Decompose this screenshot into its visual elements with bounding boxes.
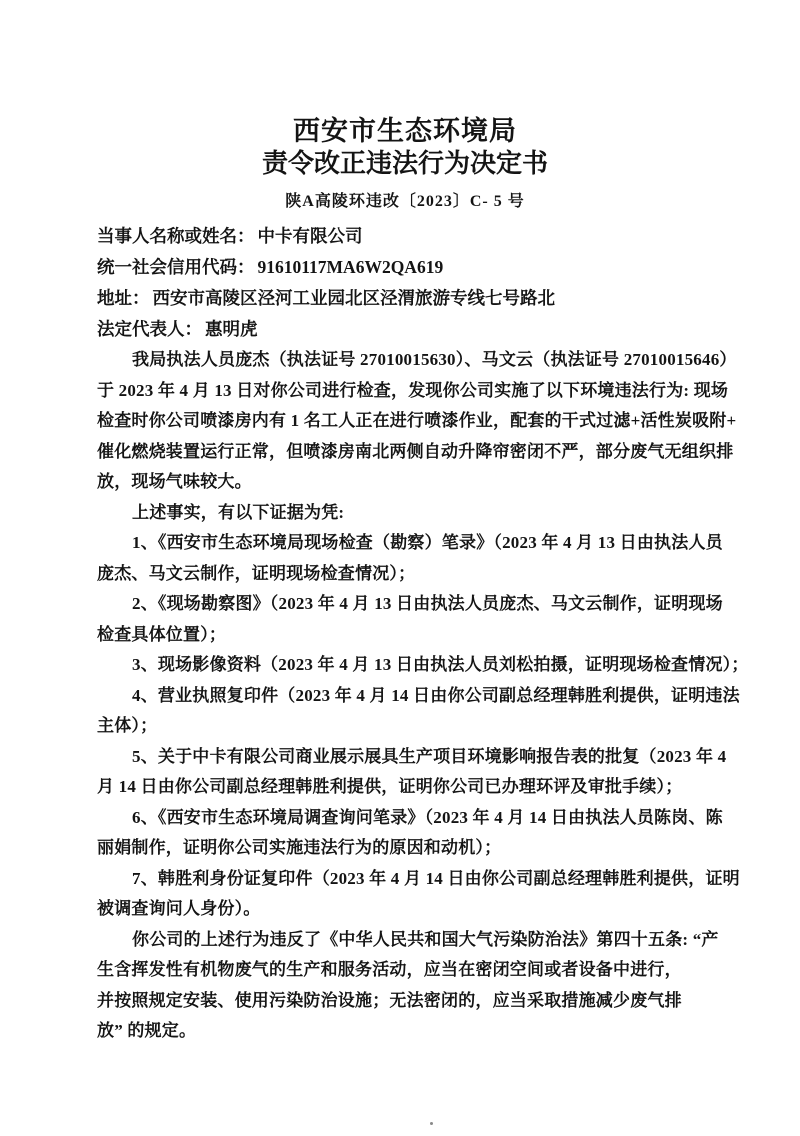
body-line: 上述事实，有以下证据为凭: [97,498,713,529]
legal-rep-value: 惠明虎 [205,319,258,339]
credit-code-row: 统一社会信用代码：91610117MA6W2QA619 [97,252,713,283]
body-line: 丽娟制作，证明你公司实施违法行为的原因和动机）； [97,833,713,864]
party-name-label: 当事人名称或姓名： [97,226,255,246]
body-line evidence-item-7: 7、韩胜利身份证复印件（2023 年 4 月 14 日由你公司副总经理韩胜利提供… [97,864,713,895]
body-line: 并按照规定安装、使用污染防治设施；无法密闭的，应当采取措施减少废气排 [97,986,713,1017]
body-line evidence-item-6: 6、《西安市生态环境局调查询问笔录》（2023 年 4 月 14 日由执法人员陈… [97,803,713,834]
document-page: 西安市生态环境局 责令改正违法行为决定书 陕A高陵环违改〔2023〕C- 5 号… [0,0,800,1136]
body-line evidence-item-5: 5、关于中卡有限公司商业展示展具生产项目环境影响报告表的批复（2023 年 4 [97,742,713,773]
body-line: 放” 的规定。 [97,1016,713,1047]
document-header: 西安市生态环境局 责令改正违法行为决定书 陕A高陵环违改〔2023〕C- 5 号 [97,115,713,215]
document-body: 我局执法人员庞杰（执法证号 27010015630）、马文云（执法证号 2701… [97,345,713,1047]
scan-speck [430,1122,433,1125]
body-line: 被调查询问人身份）。 [97,894,713,925]
agency-title: 西安市生态环境局 [97,115,713,147]
body-line: 放，现场气味较大。 [97,467,713,498]
body-line evidence-item-1: 1、《西安市生态环境局现场检查（勘察）笔录》（2023 年 4 月 13 日由执… [97,528,713,559]
body-line: 催化燃烧装置运行正常，但喷漆房南北两侧自动升降帘密闭不严，部分废气无组织排 [97,437,713,468]
address-row: 地址：西安市高陵区泾河工业园北区泾渭旅游专线七号路北 [97,283,713,314]
legal-rep-row: 法定代表人：惠明虎 [97,314,713,345]
party-name-row: 当事人名称或姓名：中卡有限公司 [97,221,713,252]
body-line: 主体）； [97,711,713,742]
legal-rep-label: 法定代表人： [97,319,202,339]
party-info-section: 当事人名称或姓名：中卡有限公司 统一社会信用代码：91610117MA6W2QA… [97,221,713,345]
document-content: 西安市生态环境局 责令改正违法行为决定书 陕A高陵环违改〔2023〕C- 5 号… [97,115,713,1047]
body-line: 检查具体位置）； [97,620,713,651]
address-label: 地址： [97,288,150,308]
body-line evidence-item-4: 4、营业执照复印件（2023 年 4 月 14 日由你公司副总经理韩胜利提供，证… [97,681,713,712]
body-line evidence-item-2: 2、《现场勘察图》（2023 年 4 月 13 日由执法人员庞杰、马文云制作，证… [97,589,713,620]
body-line: 检查时你公司喷漆房内有 1 名工人正在进行喷漆作业，配套的干式过滤+活性炭吸附+ [97,406,713,437]
body-line: 我局执法人员庞杰（执法证号 27010015630）、马文云（执法证号 2701… [97,345,713,376]
body-line: 庞杰、马文云制作，证明现场检查情况）； [97,559,713,590]
address-value: 西安市高陵区泾河工业园北区泾渭旅游专线七号路北 [153,288,556,308]
credit-code-value: 91610117MA6W2QA619 [258,257,444,277]
doc-type-title: 责令改正违法行为决定书 [97,147,713,179]
party-name-value: 中卡有限公司 [258,226,363,246]
credit-code-label: 统一社会信用代码： [97,257,255,277]
doc-number: 陕A高陵环违改〔2023〕C- 5 号 [97,189,713,215]
body-line legal-basis: 你公司的上述行为违反了《中华人民共和国大气污染防治法》第四十五条: “产 [97,925,713,956]
body-line: 月 14 日由你公司副总经理韩胜利提供，证明你公司已办理环评及审批手续）； [97,772,713,803]
body-line: 于 2023 年 4 月 13 日对你公司进行检查，发现你公司实施了以下环境违法… [97,376,713,407]
body-line: 生含挥发性有机物废气的生产和服务活动，应当在密闭空间或者设备中进行， [97,955,713,986]
body-line evidence-item-3: 3、现场影像资料（2023 年 4 月 13 日由执法人员刘松拍摄，证明现场检查… [97,650,713,681]
